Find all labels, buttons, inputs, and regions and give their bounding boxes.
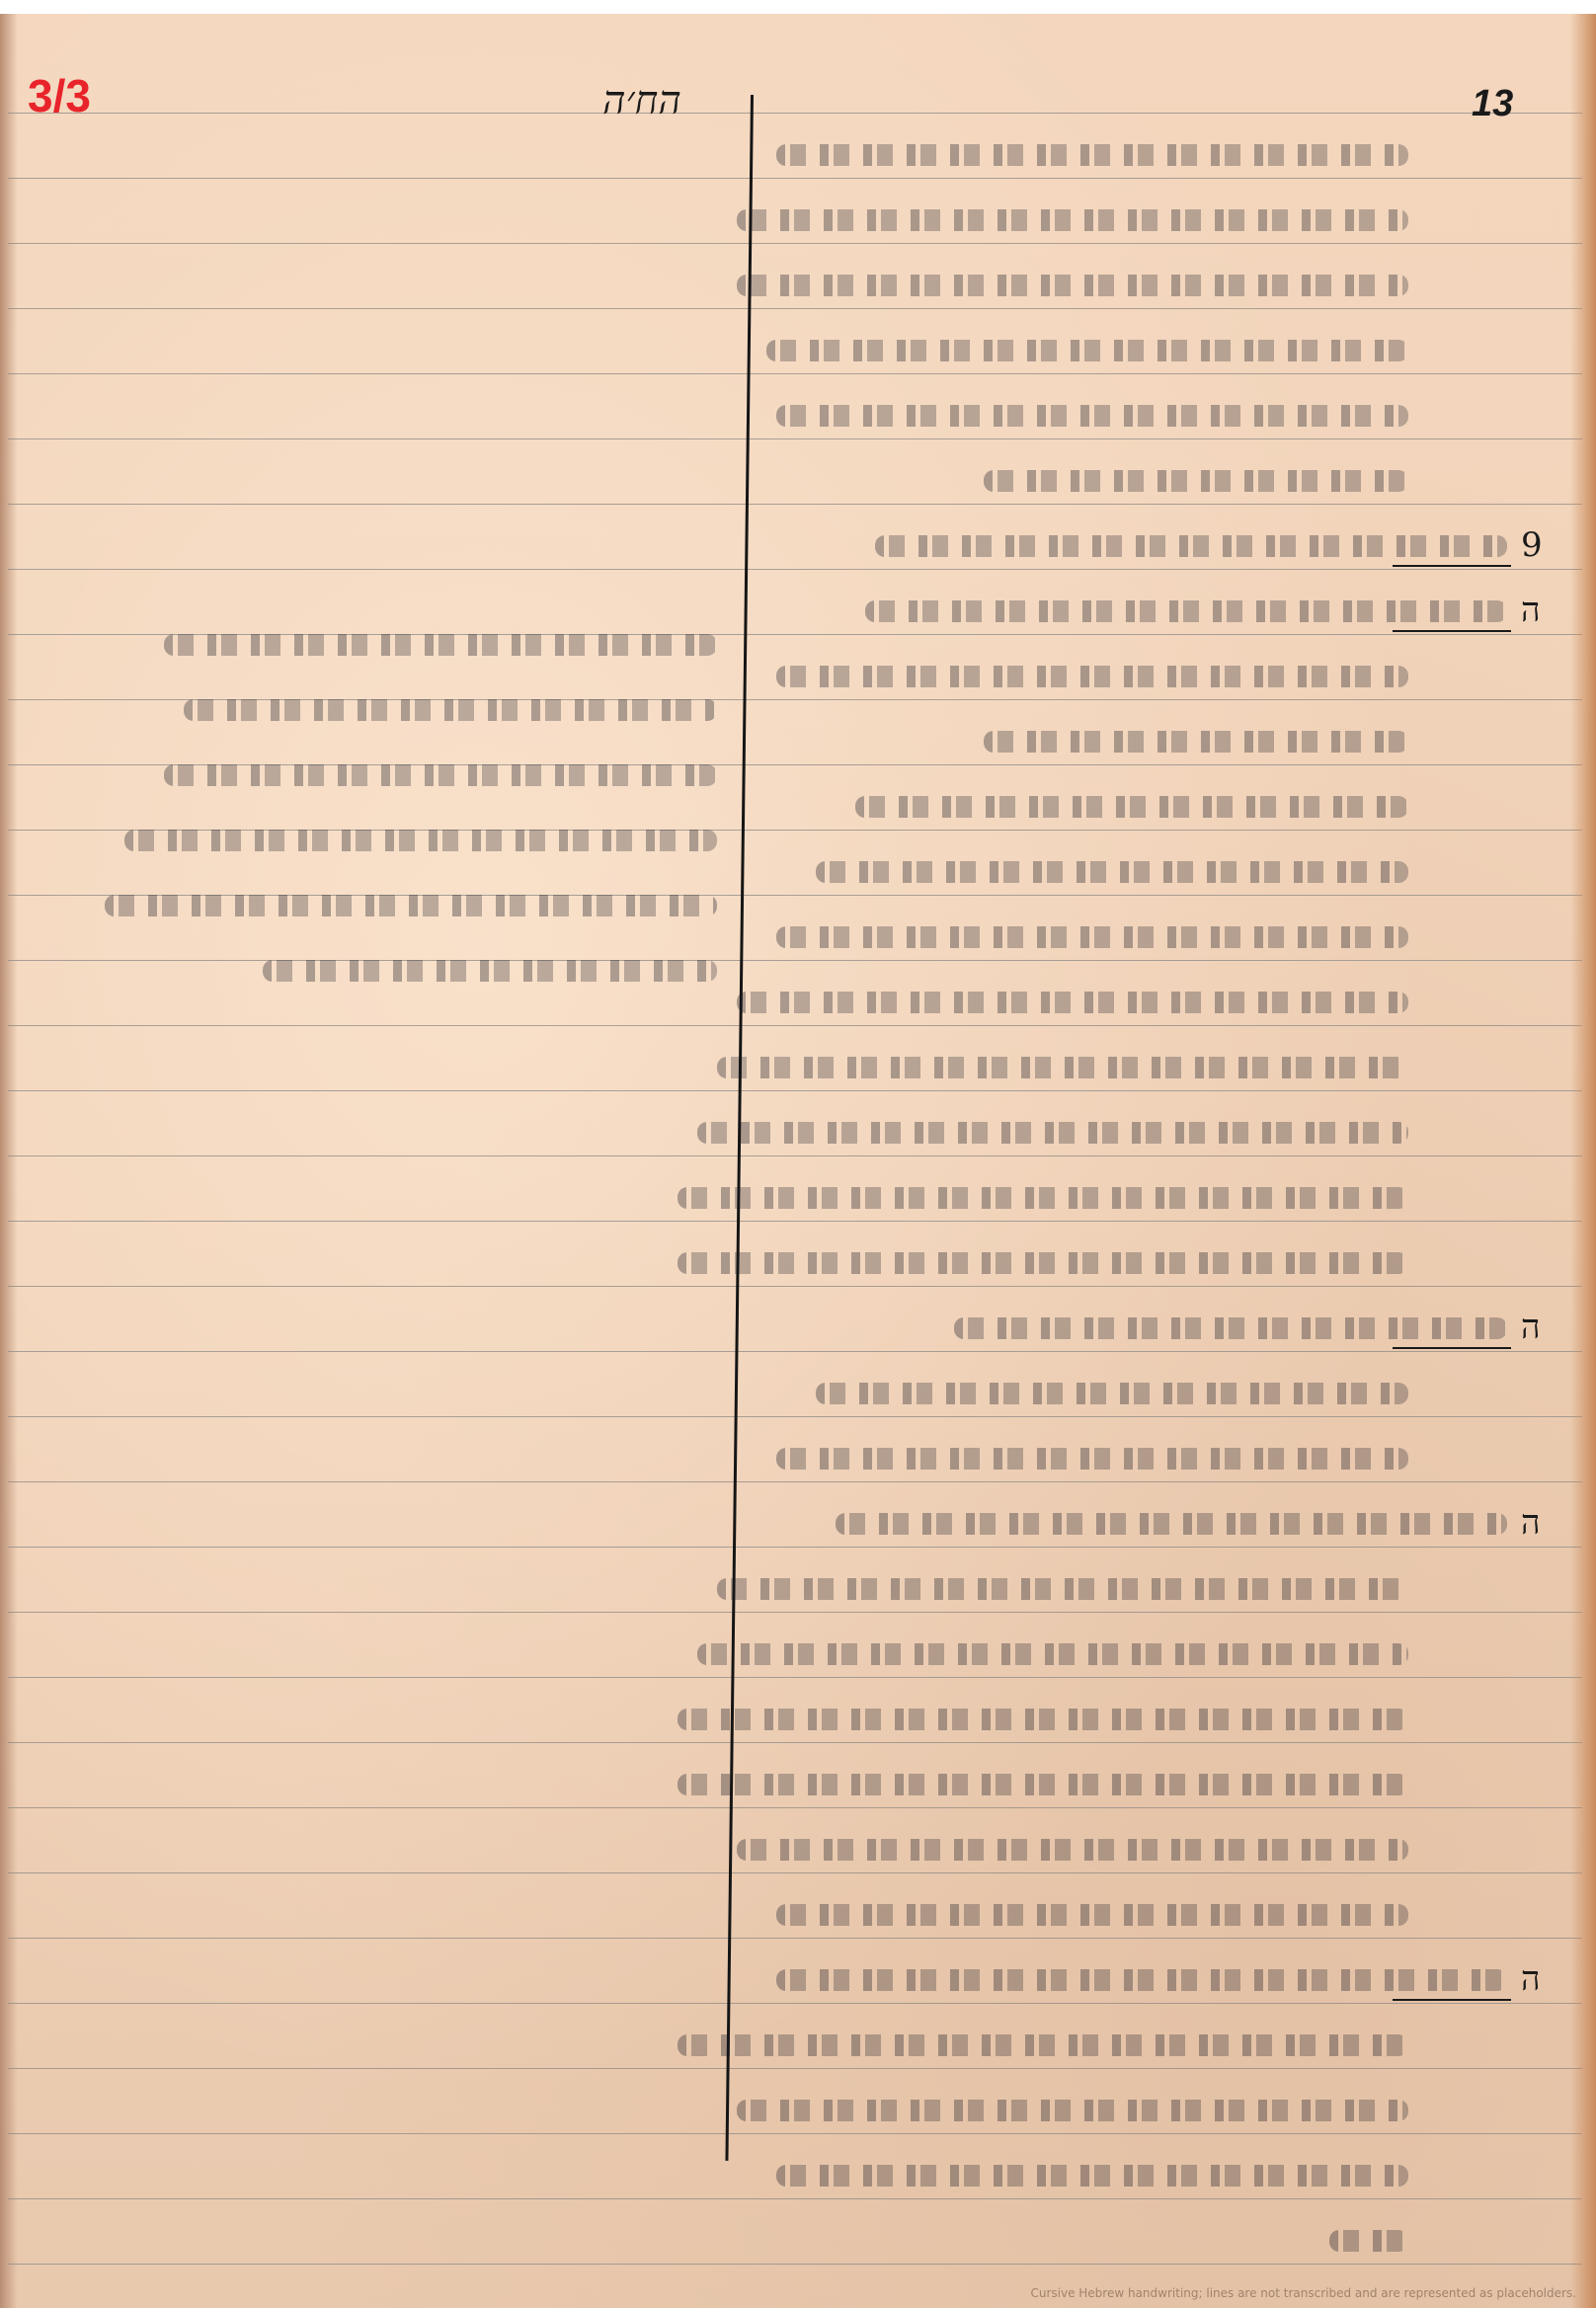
handwritten-line [697, 1635, 1408, 1669]
section-marker: ה [1521, 1503, 1541, 1543]
handwritten-line [865, 593, 1507, 626]
handwritten-line [737, 2092, 1408, 2125]
handwritten-line [717, 1049, 1408, 1082]
ruled-line [8, 1090, 1582, 1091]
handwritten-line [816, 853, 1408, 887]
handwritten-line [737, 1831, 1408, 1865]
ruled-line [8, 308, 1582, 309]
handwritten-line [678, 1766, 1408, 1799]
handwritten-line [124, 822, 717, 855]
handwritten-line [855, 788, 1408, 822]
part-label: 3/3 [28, 69, 91, 122]
ruled-line [8, 569, 1582, 570]
handwritten-line [984, 723, 1408, 756]
page-number: 13 [1472, 83, 1513, 125]
handwritten-line [678, 1244, 1408, 1278]
handwritten-line [164, 756, 717, 790]
section-marker: ה [1521, 1959, 1541, 1999]
handwritten-line [984, 462, 1408, 496]
ruled-line [8, 1872, 1582, 1873]
handwritten-line [737, 201, 1408, 235]
handwritten-line [105, 887, 717, 920]
handwritten-line [1329, 2222, 1408, 2256]
transcription-note: Cursive Hebrew handwriting; lines are no… [1030, 2286, 1576, 2300]
ruled-line [8, 504, 1582, 505]
handwritten-line [816, 1375, 1408, 1408]
handwritten-line [678, 2027, 1408, 2060]
handwritten-line [776, 2157, 1408, 2190]
ruled-line [8, 1807, 1582, 1808]
handwritten-line [766, 332, 1408, 365]
section-heading-underline [1393, 565, 1511, 567]
ruled-line [8, 2198, 1582, 2199]
ruled-line [8, 113, 1582, 114]
ruled-line [8, 438, 1582, 439]
section-marker: 9 [1521, 525, 1543, 565]
handwritten-line [836, 1505, 1507, 1539]
ruled-line [8, 1547, 1582, 1548]
handwritten-line [164, 626, 717, 660]
handwritten-line [678, 1701, 1408, 1734]
ruled-line [8, 1155, 1582, 1156]
handwritten-line [678, 1179, 1408, 1213]
handwritten-line [875, 527, 1507, 561]
ruled-line [8, 1938, 1582, 1939]
handwritten-line [776, 136, 1408, 170]
ruled-line [8, 1351, 1582, 1352]
handwritten-line [737, 267, 1408, 300]
ruled-line [8, 2068, 1582, 2069]
handwritten-line [776, 918, 1408, 952]
section-heading-underline [1393, 1347, 1511, 1349]
ruled-line [8, 2003, 1582, 2004]
ruled-line [8, 243, 1582, 244]
handwritten-line [776, 658, 1408, 691]
ruled-line [8, 373, 1582, 374]
notebook-page: 3/3 13 הח׳ה 9הההה Cursive Hebrew handwri… [0, 14, 1596, 2308]
ruled-line [8, 1221, 1582, 1222]
ruled-line [8, 1481, 1582, 1482]
ruled-line [8, 2264, 1582, 2265]
ruled-line [8, 1025, 1582, 1026]
handwritten-line [776, 1440, 1408, 1473]
handwritten-line [184, 691, 717, 725]
ruled-line [8, 1286, 1582, 1287]
handwritten-line [717, 1570, 1408, 1604]
ruled-line [8, 2133, 1582, 2134]
handwritten-line [776, 1896, 1408, 1930]
ruled-line [8, 178, 1582, 179]
ruled-line [8, 1742, 1582, 1743]
ruled-line [8, 1612, 1582, 1613]
section-heading-underline [1393, 630, 1511, 632]
section-marker: ה [1521, 591, 1541, 630]
section-marker: ה [1521, 1308, 1541, 1347]
page-heading: הח׳ה [602, 77, 681, 123]
section-heading-underline [1393, 1999, 1511, 2001]
handwritten-line [737, 984, 1408, 1017]
ruled-line [8, 1677, 1582, 1678]
handwritten-line [954, 1310, 1507, 1343]
handwritten-line [697, 1114, 1408, 1148]
handwritten-line [776, 1961, 1507, 1995]
handwritten-line [263, 952, 717, 986]
ruled-line [8, 1416, 1582, 1417]
ruled-line [8, 960, 1582, 961]
handwritten-line [776, 397, 1408, 431]
